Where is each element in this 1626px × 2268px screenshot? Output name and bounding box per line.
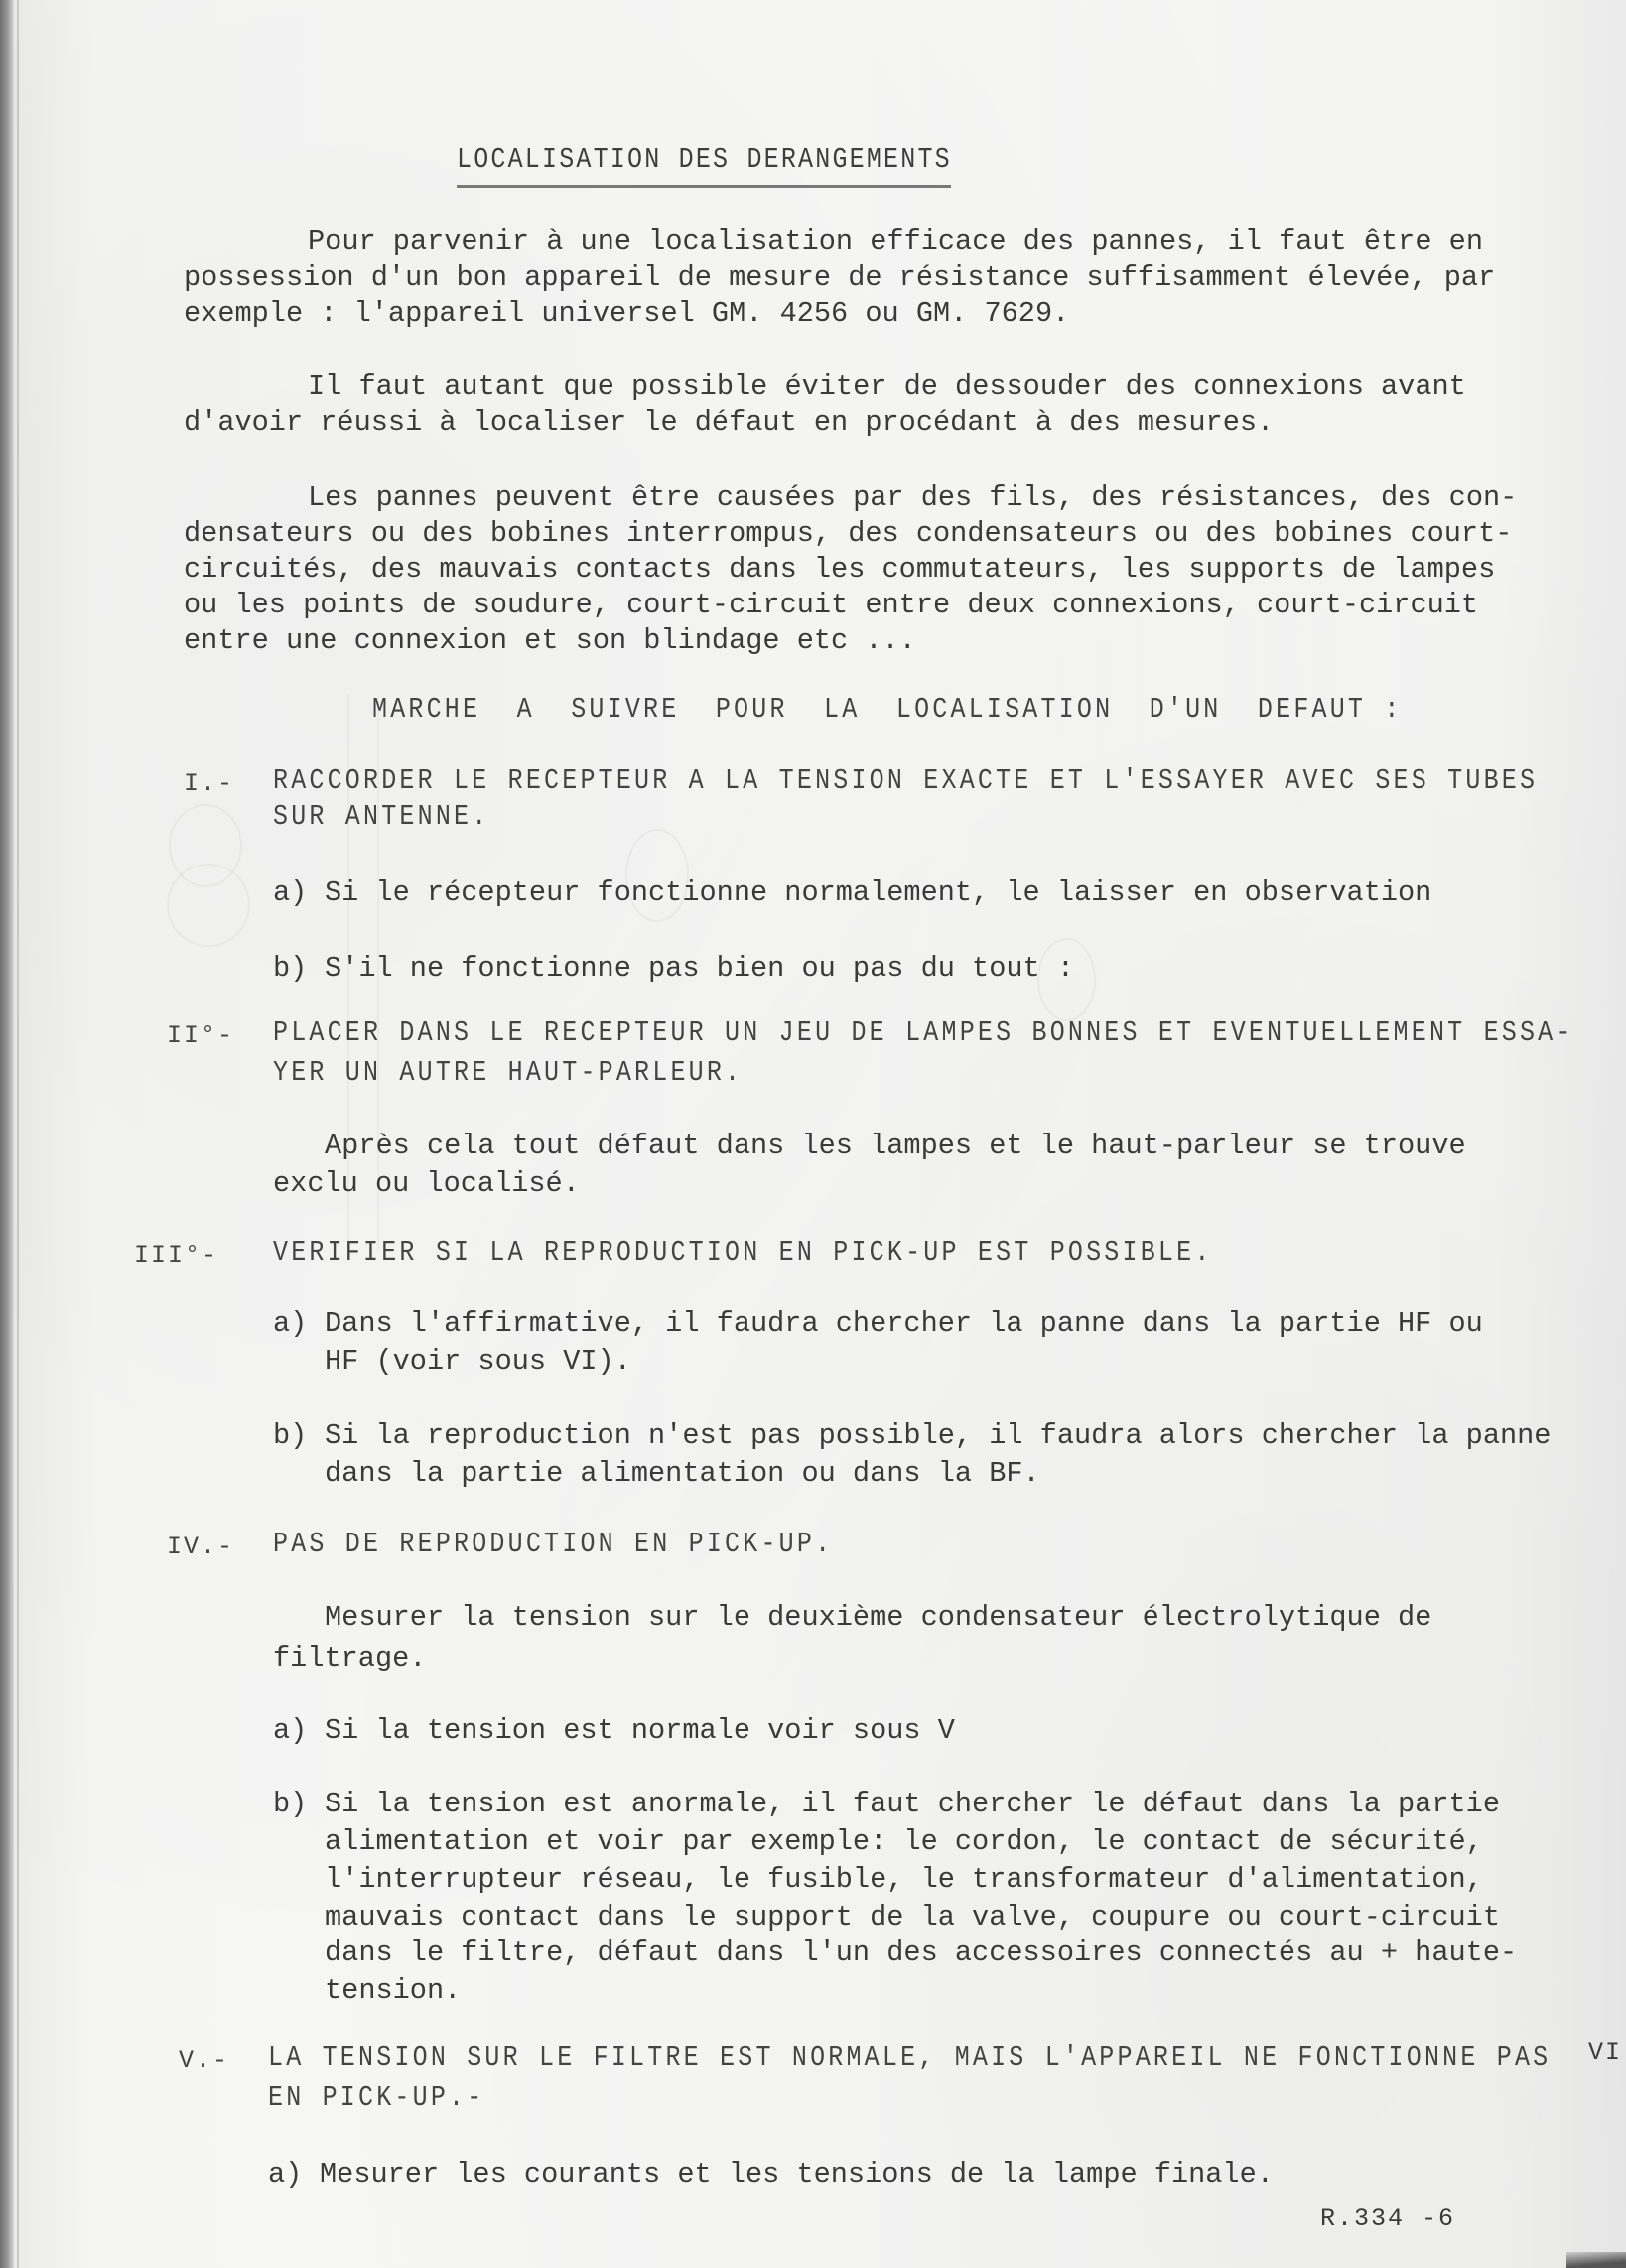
item-line: l'interrupteur réseau, le fusible, le tr…: [325, 1862, 1483, 1898]
item-line: HF (voir sous VI).: [325, 1344, 631, 1380]
bleed-through-circle: [167, 864, 250, 947]
bleed-through-text: [169, 99, 1125, 129]
item-line: Mesurer les courants et les tensions de …: [320, 2157, 1274, 2193]
item-label: a): [273, 1713, 307, 1749]
item-label: b): [273, 1787, 307, 1822]
section-heading-line: EN PICK-UP.-: [268, 2078, 484, 2119]
section-heading-line: YER UN AUTRE HAUT-PARLEUR.: [273, 1053, 743, 1094]
section-heading-line: SUR ANTENNE.: [273, 797, 489, 838]
item-line: Dans l'affirmative, il faudra chercher l…: [325, 1306, 1483, 1342]
item-line: Si la tension est normale voir sous V: [325, 1713, 955, 1749]
paragraph-line: Il faut autant que possible éviter de de…: [308, 369, 1466, 405]
paragraph-line: circuités, des mauvais contacts dans les…: [184, 552, 1495, 588]
paragraph-line: Les pannes peuvent être causées par des …: [308, 480, 1517, 516]
paragraph-line: densateurs ou des bobines interrompus, d…: [184, 516, 1512, 552]
item-label: a): [268, 2157, 302, 2193]
procedure-heading: MARCHE A SUIVRE POUR LA LOCALISATION D'U…: [372, 690, 1403, 731]
document-title: LOCALISATION DES DERANGEMENTS: [457, 140, 952, 181]
item-line: Si la reproduction n'est pas possible, i…: [325, 1418, 1551, 1454]
paragraph-line: possession d'un bon appareil de mesure d…: [184, 260, 1495, 296]
section-heading-line: PAS DE REPRODUCTION EN PICK-UP.: [273, 1525, 833, 1565]
item-label: b): [273, 951, 307, 987]
section-marker: IV.-: [167, 1530, 234, 1565]
item-label: a): [273, 1306, 307, 1342]
section-heading-line: VERIFIER SI LA REPRODUCTION EN PICK-UP E…: [273, 1233, 1213, 1273]
section-heading-line: PLACER DANS LE RECEPTEUR UN JEU DE LAMPE…: [273, 1013, 1574, 1054]
item-label: b): [273, 1418, 307, 1454]
item-label: a): [273, 875, 307, 911]
section-heading-line: LA TENSION SUR LE FILTRE EST NORMALE, MA…: [268, 2038, 1551, 2078]
edge-section-mark: VI: [1588, 2035, 1622, 2070]
item-line: alimentation et voir par exemple: le cor…: [325, 1824, 1483, 1860]
note-line: Mesurer la tension sur le deuxième conde…: [325, 1600, 1431, 1636]
page-reference: R.334 -6: [1320, 2201, 1455, 2237]
item-line: dans le filtre, défaut dans l'un des acc…: [325, 1935, 1517, 1971]
paragraph-line: d'avoir réussi à localiser le défaut en …: [184, 405, 1274, 441]
title-underline: [457, 185, 951, 188]
binding-shadow: [0, 0, 14, 2268]
note-line: Après cela tout défaut dans les lampes e…: [325, 1129, 1466, 1164]
section-marker: II°-: [167, 1018, 234, 1054]
paragraph-line: ou les points de soudure, court-circuit …: [184, 588, 1478, 623]
page-curl-shadow: [1566, 2252, 1626, 2268]
paragraph-line: exemple : l'appareil universel GM. 4256 …: [184, 296, 1069, 332]
section-marker: V.-: [179, 2043, 229, 2078]
item-line: tension.: [325, 1973, 461, 2009]
item-line: S'il ne fonctionne pas bien ou pas du to…: [325, 951, 1074, 987]
item-line: Si la tension est anormale, il faut cher…: [325, 1787, 1500, 1822]
section-marker: I.-: [184, 766, 234, 802]
note-line: exclu ou localisé.: [273, 1166, 580, 1202]
paragraph-line: entre une connexion et son blindage etc …: [184, 623, 916, 659]
item-line: dans la partie alimentation ou dans la B…: [325, 1456, 1040, 1492]
item-line: mauvais contact dans le support de la va…: [325, 1900, 1500, 1935]
note-line: filtrage.: [273, 1641, 426, 1676]
item-line: Si le récepteur fonctionne normalement, …: [325, 875, 1431, 911]
page-edge-line: [17, 0, 19, 2268]
section-marker: III°-: [134, 1238, 218, 1273]
paragraph-line: Pour parvenir à une localisation efficac…: [308, 224, 1483, 260]
